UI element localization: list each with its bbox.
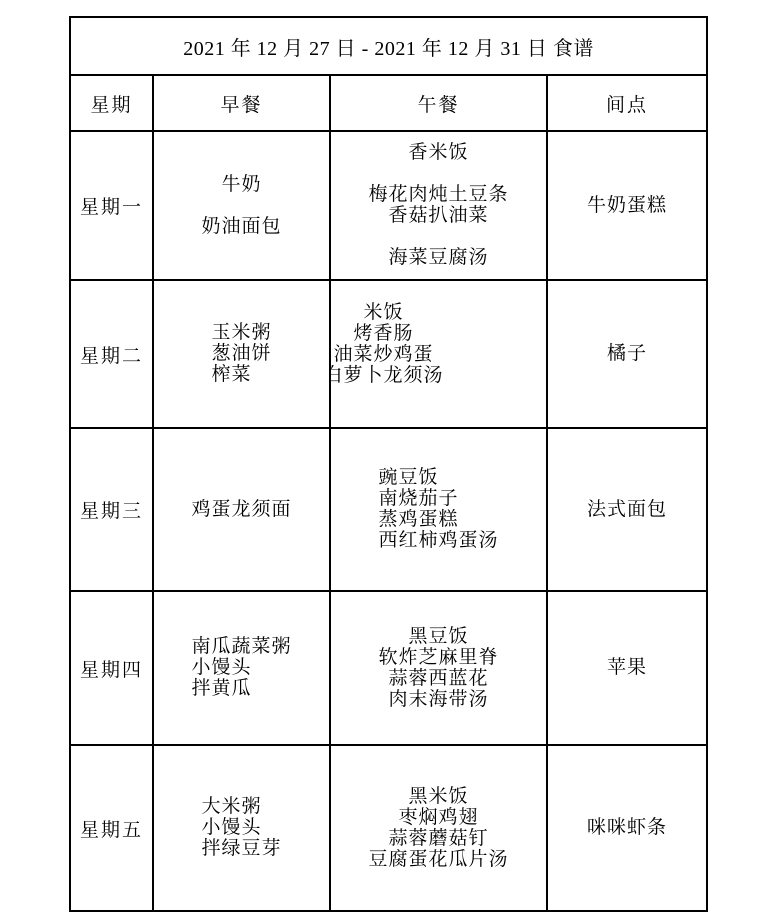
- cell-thursday-day: 星期四: [70, 591, 153, 745]
- dish-line: 豆腐蛋花瓜片汤: [368, 849, 508, 870]
- cell-tuesday-breakfast: 玉米粥葱油饼榨菜: [153, 280, 330, 428]
- dish-list: 苹果: [607, 657, 647, 678]
- table-header-row: 星期 早餐 午餐 间点: [70, 75, 707, 131]
- cell-friday-lunch: 黑米饭枣焖鸡翅蒜蓉蘑菇钉豆腐蛋花瓜片汤: [330, 745, 547, 911]
- cell-wednesday-day: 星期三: [70, 428, 153, 591]
- cell-tuesday-day: 星期二: [70, 280, 153, 428]
- cell-friday-day: 星期五: [70, 745, 153, 911]
- dish-line: 法式面包: [587, 499, 667, 520]
- table-row-tuesday: 星期二 玉米粥葱油饼榨菜 米饭烤香肠油菜炒鸡蛋白萝卜龙须汤 橘子: [70, 280, 707, 428]
- dish-list: 法式面包: [587, 499, 667, 520]
- dish-line: 米饭: [330, 302, 444, 323]
- cell-wednesday-lunch: 豌豆饭南烧茄子蒸鸡蛋糕西红柿鸡蛋汤: [330, 428, 547, 591]
- dish-line: 奶油面包: [201, 216, 281, 237]
- cell-monday-snack: 牛奶蛋糕: [547, 131, 707, 280]
- cell-monday-day: 星期一: [70, 131, 153, 280]
- dish-line: 鸡蛋龙须面: [191, 499, 291, 520]
- dish-line: 软炸芝麻里脊: [378, 647, 498, 668]
- dish-line: 黑豆饭: [378, 626, 498, 647]
- dish-line: 肉末海带汤: [378, 689, 498, 710]
- dish-line: [201, 195, 281, 216]
- dish-list: 南瓜蔬菜粥小馒头拌黄瓜: [191, 636, 291, 699]
- dish-list: 米饭烤香肠油菜炒鸡蛋白萝卜龙须汤: [330, 302, 444, 407]
- document-page: 2021 年 12 月 27 日 - 2021 年 12 月 31 日 食谱 星…: [0, 0, 772, 918]
- dish-line: 蒸鸡蛋糕: [378, 509, 498, 530]
- dish-list: 香米饭梅花肉炖土豆条香菇扒油菜海菜豆腐汤: [368, 142, 508, 268]
- dish-line: 枣焖鸡翅: [368, 807, 508, 828]
- dish-line: 小馒头: [201, 817, 281, 838]
- table-title-row: 2021 年 12 月 27 日 - 2021 年 12 月 31 日 食谱: [70, 17, 707, 75]
- dish-line: 橘子: [607, 343, 647, 364]
- dish-line: 南烧茄子: [378, 488, 498, 509]
- dish-line: [330, 386, 444, 407]
- cell-monday-breakfast: 牛奶奶油面包: [153, 131, 330, 280]
- dish-list: 咪咪虾条: [587, 817, 667, 838]
- dish-line: 大米粥: [201, 796, 281, 817]
- dish-list: 黑米饭枣焖鸡翅蒜蓉蘑菇钉豆腐蛋花瓜片汤: [368, 786, 508, 870]
- dish-line: 蒜蓉西蓝花: [378, 668, 498, 689]
- cell-friday-breakfast: 大米粥小馒头拌绿豆芽: [153, 745, 330, 911]
- dish-line: 牛奶: [201, 174, 281, 195]
- dish-line: 豌豆饭: [378, 467, 498, 488]
- dish-list: 牛奶蛋糕: [587, 195, 667, 216]
- dish-line: [368, 226, 508, 247]
- table-row-wednesday: 星期三 鸡蛋龙须面 豌豆饭南烧茄子蒸鸡蛋糕西红柿鸡蛋汤 法式面包: [70, 428, 707, 591]
- cell-thursday-snack: 苹果: [547, 591, 707, 745]
- header-lunch: 午餐: [330, 75, 547, 131]
- cell-monday-lunch: 香米饭梅花肉炖土豆条香菇扒油菜海菜豆腐汤: [330, 131, 547, 280]
- dish-line: 蒜蓉蘑菇钉: [368, 828, 508, 849]
- cell-wednesday-breakfast: 鸡蛋龙须面: [153, 428, 330, 591]
- dish-line: 葱油饼: [211, 343, 271, 364]
- dish-line: 榨菜: [211, 364, 271, 385]
- dish-line: 香米饭: [368, 142, 508, 163]
- table-row-thursday: 星期四 南瓜蔬菜粥小馒头拌黄瓜 黑豆饭软炸芝麻里脊蒜蓉西蓝花肉末海带汤 苹果: [70, 591, 707, 745]
- dish-line: 烤香肠: [330, 323, 444, 344]
- dish-list: 豌豆饭南烧茄子蒸鸡蛋糕西红柿鸡蛋汤: [378, 467, 498, 551]
- cell-wednesday-snack: 法式面包: [547, 428, 707, 591]
- dish-line: 黑米饭: [368, 786, 508, 807]
- table-row-friday: 星期五 大米粥小馒头拌绿豆芽 黑米饭枣焖鸡翅蒜蓉蘑菇钉豆腐蛋花瓜片汤 咪咪虾条: [70, 745, 707, 911]
- dish-line: 油菜炒鸡蛋: [330, 344, 444, 365]
- dish-line: 西红柿鸡蛋汤: [378, 530, 498, 551]
- dish-list: 玉米粥葱油饼榨菜: [211, 322, 271, 385]
- header-day: 星期: [70, 75, 153, 131]
- header-breakfast: 早餐: [153, 75, 330, 131]
- header-snack: 间点: [547, 75, 707, 131]
- cell-thursday-breakfast: 南瓜蔬菜粥小馒头拌黄瓜: [153, 591, 330, 745]
- dish-line: 小馒头: [191, 657, 291, 678]
- dish-line: 拌黄瓜: [191, 678, 291, 699]
- dish-line: 咪咪虾条: [587, 817, 667, 838]
- cell-friday-snack: 咪咪虾条: [547, 745, 707, 911]
- dish-list: 大米粥小馒头拌绿豆芽: [201, 796, 281, 859]
- dish-list: 鸡蛋龙须面: [191, 499, 291, 520]
- menu-table: 2021 年 12 月 27 日 - 2021 年 12 月 31 日 食谱 星…: [69, 16, 708, 912]
- dish-line: 拌绿豆芽: [201, 838, 281, 859]
- table-title: 2021 年 12 月 27 日 - 2021 年 12 月 31 日 食谱: [70, 17, 707, 75]
- dish-list: 橘子: [607, 343, 647, 364]
- dish-line: [368, 163, 508, 184]
- cell-tuesday-lunch: 米饭烤香肠油菜炒鸡蛋白萝卜龙须汤: [330, 280, 547, 428]
- table-row-monday: 星期一 牛奶奶油面包 香米饭梅花肉炖土豆条香菇扒油菜海菜豆腐汤 牛奶蛋糕: [70, 131, 707, 280]
- dish-line: 苹果: [607, 657, 647, 678]
- dish-line: 海菜豆腐汤: [368, 247, 508, 268]
- dish-line: 南瓜蔬菜粥: [191, 636, 291, 657]
- dish-list: 牛奶奶油面包: [201, 174, 281, 237]
- dish-line: 梅花肉炖土豆条: [368, 184, 508, 205]
- dish-line: 香菇扒油菜: [368, 205, 508, 226]
- cell-thursday-lunch: 黑豆饭软炸芝麻里脊蒜蓉西蓝花肉末海带汤: [330, 591, 547, 745]
- dish-line: 牛奶蛋糕: [587, 195, 667, 216]
- dish-list: 黑豆饭软炸芝麻里脊蒜蓉西蓝花肉末海带汤: [378, 626, 498, 710]
- dish-line: 玉米粥: [211, 322, 271, 343]
- cell-tuesday-snack: 橘子: [547, 280, 707, 428]
- dish-line: 白萝卜龙须汤: [330, 365, 444, 386]
